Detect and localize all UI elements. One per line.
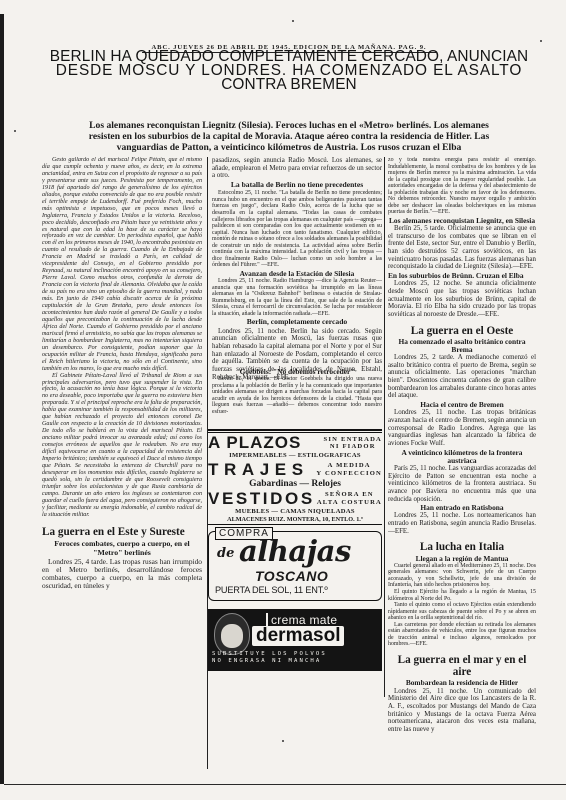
article-body: Berlín 25, 11 noche. El doctor Goebbels … bbox=[212, 376, 382, 415]
article-body: Londres 25, 12 noche. Se anuncia oficial… bbox=[388, 280, 536, 318]
article-title: Los alemanes reconquistan Liegnitz, en S… bbox=[388, 217, 536, 225]
ad-plazos-title: A PLAZOS bbox=[208, 434, 301, 452]
column-war-news: zo y toda nuestra energía para resistir … bbox=[388, 157, 536, 757]
ad-plazos-side: SIN ENTRADANI FIADOR bbox=[324, 436, 382, 451]
ad-vestidos-side: SEÑORA ENALTA COSTURA bbox=[317, 491, 382, 506]
print-speck bbox=[540, 40, 542, 42]
article-body: Tanto el quinto como el octavo Ejércitos… bbox=[388, 602, 536, 622]
ad-side-line: Y CONFECCION bbox=[316, 470, 382, 477]
column-rule bbox=[384, 157, 385, 697]
article-title: Llegan a la región de Mantua bbox=[388, 555, 536, 563]
page-edge-shadow bbox=[0, 14, 4, 784]
subhead-line-3: vanguardias de Patton, a veinticinco kil… bbox=[42, 142, 536, 153]
ad-gabardinas: Gabardinas — Relojes bbox=[208, 479, 382, 490]
article-title: Goebbels: "No debemos retroceder" bbox=[212, 368, 382, 376]
subheadline: Los alemanes reconquistan Liegnitz (Sile… bbox=[42, 120, 536, 154]
article-title: Han entrado en Ratisbona bbox=[388, 504, 536, 512]
article-title: A veinticinco kilómetros de la frontera … bbox=[388, 449, 536, 465]
article-body: Londres 25, 2 tarde. A medianoche comenz… bbox=[388, 354, 536, 400]
section-title-italy: La lucha en Italia bbox=[388, 541, 536, 553]
tagline-line: SUBSTITUYE LOS POLVOS bbox=[212, 651, 327, 657]
article-body: Londres 25, 11 noche. Un comunicado del … bbox=[388, 688, 536, 734]
ad-alhajas-toscano: COMPRA de alhajas TOSCANO PUERTA DEL SOL… bbox=[208, 531, 382, 601]
article-body: El quinto Ejército ha llegado a la regió… bbox=[388, 589, 536, 602]
ad-muebles: MUEBLES — CAMAS NIQUELADAS bbox=[208, 508, 382, 517]
woman-portrait-icon bbox=[214, 613, 250, 655]
article-title: Ha comenzado el asalto británico contra … bbox=[388, 338, 536, 354]
main-headline: BERLIN HA QUEDADO COMPLETAMENTE CERCADO,… bbox=[42, 50, 536, 93]
ad-dermasol-brand: dermasol bbox=[252, 626, 344, 646]
article-body: Cuartel general aliado en el Mediterráne… bbox=[388, 563, 536, 589]
ad-address: ALMACENES RUIZ. MONTERA, 10, entlo. 1.º bbox=[208, 516, 382, 525]
editorial-paragraph: Gesto gallardo el del mariscal Felipe Pé… bbox=[42, 157, 202, 373]
editorial-paragraph: El Gabinete Pétain-Laval llevó al Tribun… bbox=[42, 373, 202, 519]
subhead-line-1: Los alemanes reconquistan Liegnitz (Sile… bbox=[42, 120, 536, 131]
print-speck bbox=[14, 130, 16, 132]
article-title-metro: Feroces combates, cuerpo a cuerpo, en el… bbox=[42, 539, 202, 557]
tagline-line: NO ENGRASA NI MANCHA bbox=[212, 658, 321, 664]
ad-dermasol: crema mate dermasol SUBSTITUYE LOS POLVO… bbox=[208, 609, 382, 671]
column-editorial: Gesto gallardo el del mariscal Felipe Pé… bbox=[42, 157, 202, 769]
article-body-metro: Londres 25, 4 tarde. Las tropas rusas ha… bbox=[42, 558, 202, 590]
article-title: Bombardean la residencia de Hitler bbox=[388, 679, 536, 687]
section-title-west: La guerra en el Oeste bbox=[388, 325, 536, 337]
ad-side-line: SIN ENTRADA bbox=[324, 436, 382, 443]
article-continuation: pasadizos, según anuncia Radio Moscú. Lo… bbox=[212, 157, 382, 180]
section-title-east: La guerra en el Este y Sureste bbox=[42, 526, 202, 538]
article-title: La batalla de Berlín no tiene precedente… bbox=[212, 181, 382, 189]
print-speck bbox=[292, 20, 294, 22]
goebbels-article: Goebbels: "No debemos retroceder" Berlín… bbox=[212, 367, 382, 427]
article-body: Las carreteras por donde efectúan su ret… bbox=[388, 622, 536, 648]
article-title: En los suburbios de Brünn. Cruzan el Elb… bbox=[388, 272, 536, 280]
article-continuation: zo y toda nuestra energía para resistir … bbox=[388, 157, 536, 216]
ad-alhajas-title: alhajas bbox=[239, 535, 351, 567]
page-bottom-rule bbox=[4, 784, 566, 785]
headline-line-3: CONTRA BREMEN bbox=[42, 78, 536, 92]
ad-trajes-side: A MEDIDAY CONFECCION bbox=[316, 462, 382, 477]
article-body: Estocolmo 25, 11 noche. "La batalla de B… bbox=[212, 190, 382, 269]
article-title: Avanzan desde la Estación de Silesia bbox=[212, 270, 382, 278]
ad-dermasol-tagline: SUBSTITUYE LOS POLVOS NO ENGRASA NI MANC… bbox=[212, 651, 327, 665]
ad-alhajas-address: PUERTA DEL SOL, 11 ENT.º bbox=[215, 585, 330, 595]
article-body: Berlín 25, 5 tarde. Oficialmente se anun… bbox=[388, 225, 536, 271]
ad-toscano: TOSCANO bbox=[255, 568, 328, 584]
article-title: Hacia el centro de Bremen bbox=[388, 401, 536, 409]
article-body: Londres 25, 11 noche. Las tropas británi… bbox=[388, 409, 536, 447]
ad-side-line: ALTA COSTURA bbox=[317, 499, 382, 506]
advertisements: A PLAZOS SIN ENTRADANI FIADOR IMPERMEABL… bbox=[208, 429, 382, 671]
ad-side-line: NI FIADOR bbox=[330, 443, 376, 450]
print-speck bbox=[282, 740, 284, 742]
ad-de: de bbox=[217, 546, 234, 561]
article-title: Berlín, completamente cercado bbox=[212, 318, 382, 326]
article-body: París 25, 11 noche. Las vanguardias acor… bbox=[388, 465, 536, 503]
ad-side-line: A MEDIDA bbox=[328, 462, 371, 469]
article-body: Londres 25, 11 noche. Radio Hamburgo —di… bbox=[212, 278, 382, 317]
ad-vestidos-title: VESTIDOS bbox=[208, 490, 315, 508]
ad-side-line: SEÑORA EN bbox=[325, 491, 374, 498]
ad-almacenes-ruiz: A PLAZOS SIN ENTRADANI FIADOR IMPERMEABL… bbox=[208, 429, 382, 525]
ad-trajes-title: TRAJES bbox=[208, 461, 309, 479]
section-title-sea-air: La guerra en el mar y en el aire bbox=[388, 654, 536, 678]
article-body: Londres 25, 11 noche. Los norteamericano… bbox=[388, 512, 536, 535]
subhead-line-2: resisten en los suburbios de la capital … bbox=[42, 131, 536, 142]
